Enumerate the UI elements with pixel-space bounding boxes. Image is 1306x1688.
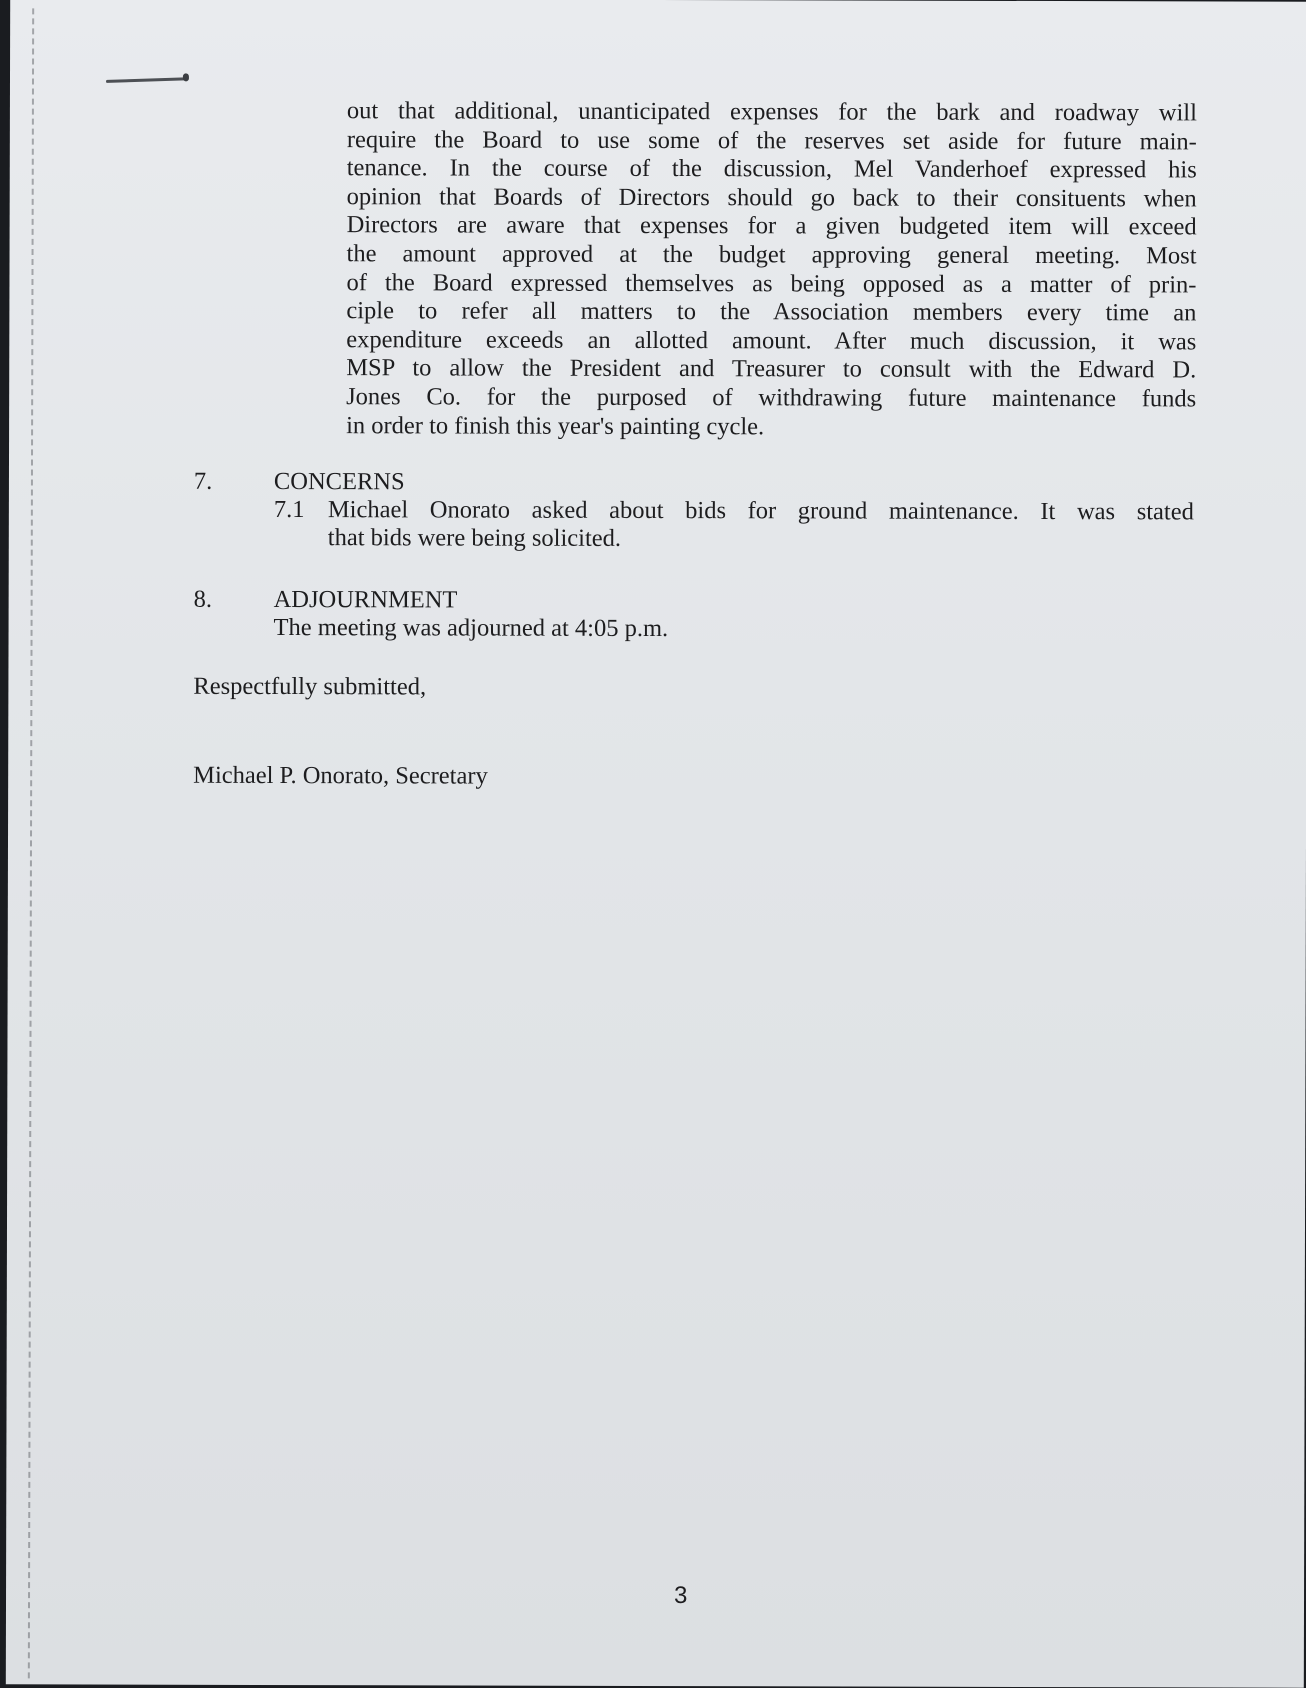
paragraph-line: MSP to allow the President and Treasurer… [346, 355, 1196, 386]
section-title: ADJOURNMENT [274, 586, 458, 614]
continuation-paragraph: out that additional, unanticipated expen… [346, 97, 1197, 442]
section-title: CONCERNS [274, 468, 405, 496]
paragraph-line: require the Board to use some of the res… [347, 126, 1197, 157]
subsection-line: Michael Onorato asked about bids for gro… [328, 496, 1194, 526]
binding-edge [28, 8, 37, 1678]
paragraph-line: the amount approved at the budget approv… [347, 240, 1197, 271]
paragraph-line: opinion that Boards of Directors should … [347, 183, 1197, 214]
paragraph-line: ciple to refer all matters to the Associ… [346, 297, 1196, 328]
subsection-text: Michael Onorato asked about bids for gro… [328, 496, 1194, 554]
subsection-7-1: 7.1 Michael Onorato asked about bids for… [274, 496, 1194, 498]
section-concerns: 7. CONCERNS 7.1 Michael Onorato asked ab… [194, 468, 1194, 561]
paragraph-line: Directors are aware that expenses for a … [347, 212, 1197, 243]
subsection-number: 7.1 [274, 496, 305, 524]
paragraph-line: Jones Co. for the purposed of withdrawin… [346, 383, 1196, 414]
paragraph-line: out that additional, unanticipated expen… [347, 97, 1197, 128]
paragraph-line: in order to finish this year's painting … [346, 412, 1196, 443]
section-adjournment: 8. ADJOURNMENT The meeting was adjourned… [194, 586, 1194, 649]
page-number: 3 [674, 1582, 687, 1610]
paragraph-line: tenance. In the course of the discussion… [347, 154, 1197, 185]
closing-text: Respectfully submitted, [193, 673, 426, 702]
paragraph-line: of the Board expressed themselves as bei… [346, 269, 1196, 300]
section-body: The meeting was adjourned at 4:05 p.m. [274, 614, 669, 643]
section-number: 8. [194, 586, 212, 614]
paragraph-line: expenditure exceeds an allotted amount. … [346, 326, 1196, 357]
signature: Michael P. Onorato, Secretary [193, 762, 488, 791]
section-number: 7. [194, 468, 212, 496]
subsection-line: that bids were being solicited. [328, 524, 1194, 554]
staple-mark [106, 77, 186, 83]
document-page: out that additional, unanticipated expen… [6, 0, 1306, 1686]
